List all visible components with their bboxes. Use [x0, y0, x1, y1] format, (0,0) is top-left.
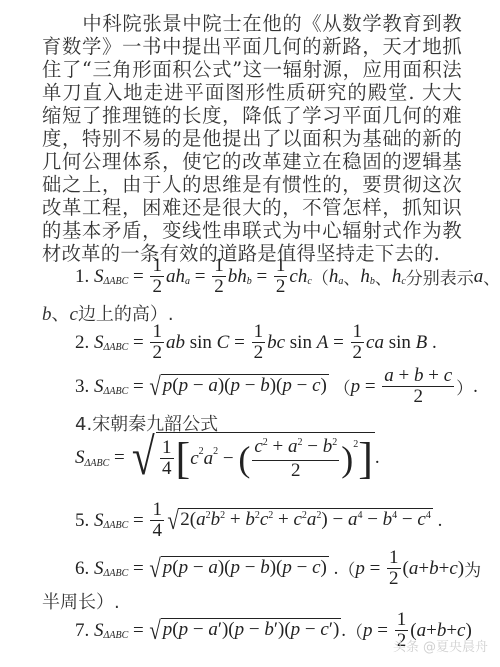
formula-4: SΔABC = √ 14 [c2a2 − ( c2 + a2 − b22 )2]…	[75, 432, 380, 484]
formula-number: 5.	[75, 510, 89, 532]
formula-6: 6. SΔABC = √p(p − a)(p − b)(p − c) . （p …	[75, 548, 481, 589]
intro-paragraph: 中科院张景中院士在他的《从数学教育到教育数学》一书中提出平面几何的新路，天才地抓…	[42, 12, 462, 265]
intro-text: 中科院张景中院士在他的《从数学教育到教育数学》一书中提出平面几何的新路，天才地抓…	[42, 12, 462, 265]
watermark: 头条 @夏央晨舟	[393, 636, 488, 655]
formula-5: 5. SΔABC = 14 √2(a2b2 + b2c2 + c2a2) − a…	[75, 500, 442, 541]
formula-2: 2. SΔABC = 12ab sin C = 12bc sin A = 12c…	[75, 322, 437, 363]
formula-1: 1. SΔABC = 12aha = 12bhb = 12chc （ha、hb、…	[75, 256, 500, 297]
formula-number: 2.	[75, 332, 89, 354]
formula-number: 7.	[75, 620, 89, 642]
formula-note: 分别表示	[406, 264, 474, 289]
formula-3: 3. SΔABC = √p(p − a)(p − b)(p − c) （p = …	[75, 366, 478, 407]
formula-number: 6.	[75, 558, 89, 580]
formula-number: 1.	[75, 266, 89, 288]
formula-number: 3.	[75, 376, 89, 398]
